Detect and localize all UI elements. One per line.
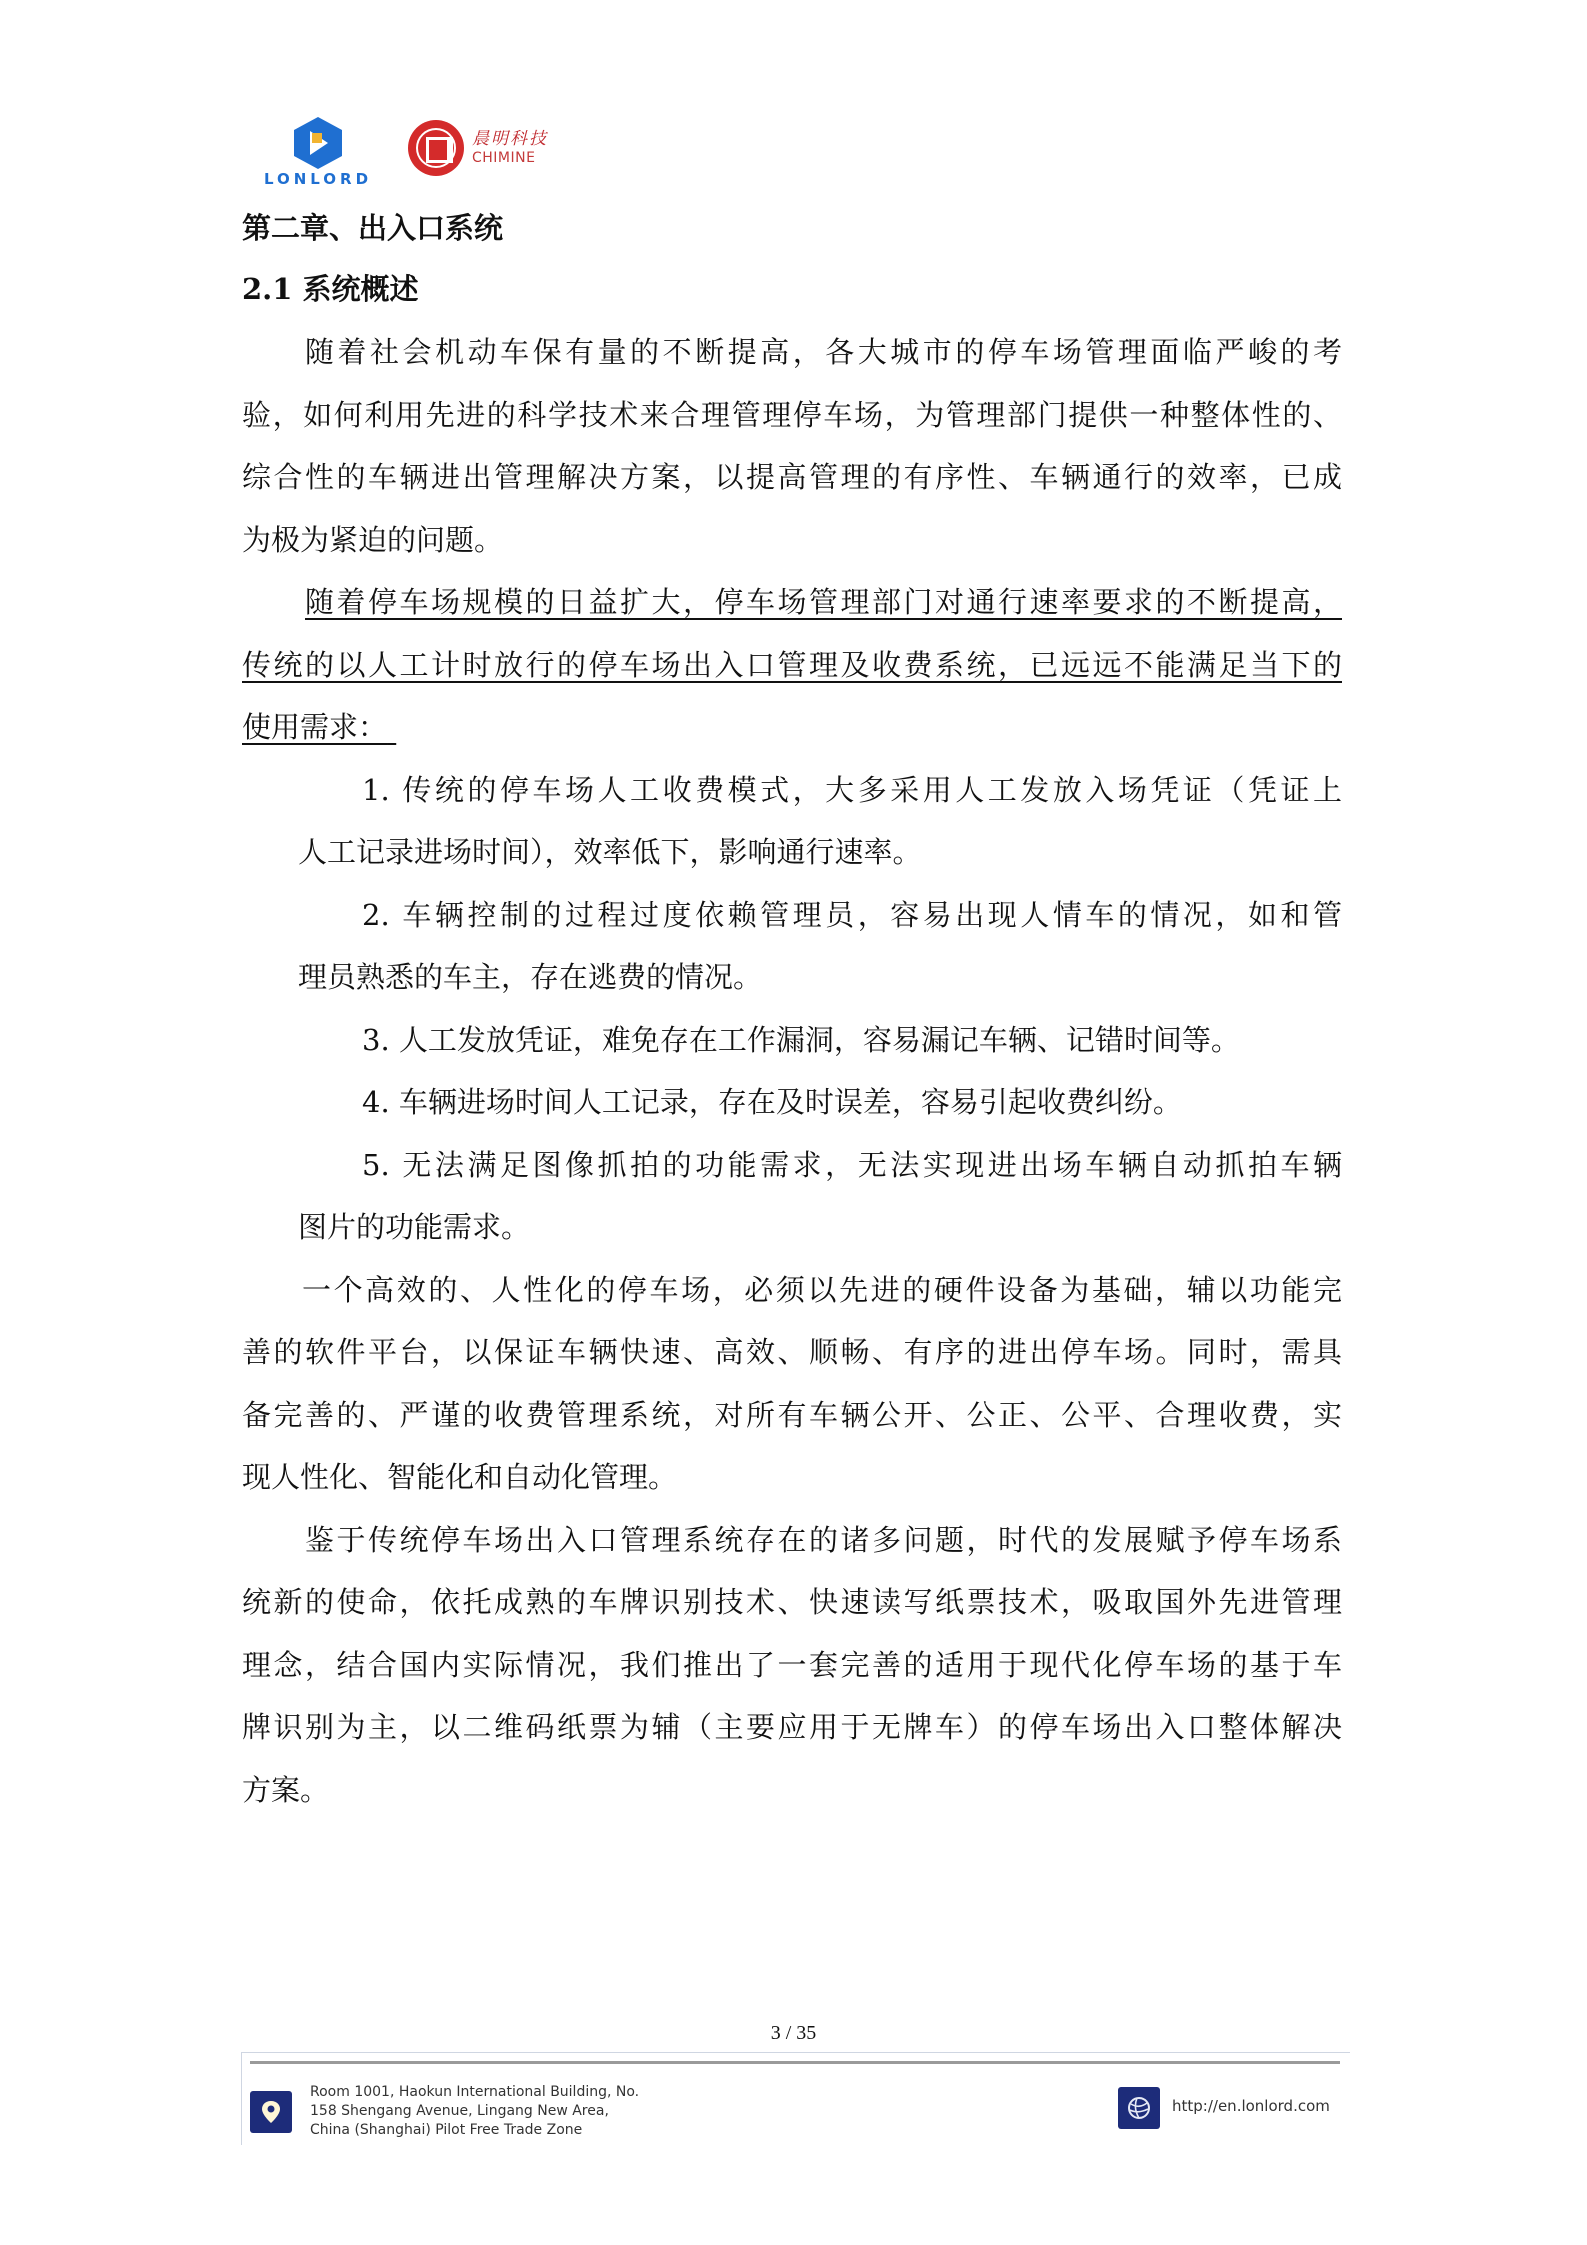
location-pin-icon [250, 2091, 292, 2133]
address-line-1: Room 1001, Haokun International Building… [310, 2083, 639, 2102]
chimine-logo: 晨明科技 CHIMINE [408, 120, 548, 176]
list-item-5-line-2: 图片的功能需求。 [298, 1210, 1342, 1244]
lonlord-hexagon-icon [290, 115, 346, 171]
chimine-en-name: CHIMINE [472, 150, 548, 166]
footer: Room 1001, Haokun International Building… [241, 2052, 1350, 2145]
paragraph-1-line-4: 为极为紧迫的问题。 [242, 523, 1342, 557]
paragraph-3-line-3: 备完善的、严谨的收费管理系统，对所有车辆公开、公正、公平、合理收费，实 [242, 1398, 1342, 1432]
paragraph-2-line-1: 随着停车场规模的日益扩大，停车场管理部门对通行速率要求的不断提高， [305, 585, 1342, 619]
paragraph-3-line-4: 现人性化、智能化和自动化管理。 [242, 1460, 1342, 1494]
paragraph-4-line-4: 牌识别为主，以二维码纸票为辅（主要应用于无牌车）的停车场出入口整体解决 [242, 1710, 1342, 1744]
lonlord-wordmark: LONLORD [248, 170, 388, 188]
list-item-3: 3. 人工发放凭证，难免存在工作漏洞，容易漏记车辆、记错时间等。 [362, 1023, 1342, 1057]
globe-icon [1118, 2087, 1160, 2129]
paragraph-2-line-3: 使用需求： [242, 710, 1342, 744]
list-item-5-line-1: 5. 无法满足图像抓拍的功能需求，无法实现进出场车辆自动抓拍车辆 [362, 1148, 1342, 1182]
chimine-seal-icon [408, 120, 464, 176]
lonlord-logo: LONLORD [248, 113, 388, 191]
footer-address: Room 1001, Haokun International Building… [310, 2083, 639, 2140]
page-number: 3 / 35 [0, 2022, 1587, 2045]
list-item-2-line-2: 理员熟悉的车主，存在逃费的情况。 [298, 960, 1342, 994]
website-link[interactable]: http://en.lonlord.com [1172, 2097, 1330, 2115]
paragraph-4-line-3: 理念，结合国内实际情况，我们推出了一套完善的适用于现代化停车场的基于车 [242, 1648, 1342, 1682]
list-item-1-line-2: 人工记录进场时间），效率低下，影响通行速率。 [298, 835, 1342, 869]
header-logos: LONLORD 晨明科技 CHIMINE [248, 112, 548, 192]
paragraph-3-line-2: 善的软件平台，以保证车辆快速、高效、顺畅、有序的进出停车场。同时，需具 [242, 1335, 1342, 1369]
paragraph-4-line-2: 统新的使命，依托成熟的车牌识别技术、快速读写纸票技术，吸取国外先进管理 [242, 1585, 1342, 1619]
list-item-4: 4. 车辆进场时间人工记录，存在及时误差，容易引起收费纠纷。 [362, 1085, 1342, 1119]
paragraph-4-line-1: 鉴于传统停车场出入口管理系统存在的诸多问题，时代的发展赋予停车场系 [305, 1523, 1342, 1557]
chimine-cn-name: 晨明科技 [472, 130, 548, 150]
section-title: 2.1 系统概述 [242, 272, 1342, 306]
footer-divider [250, 2061, 1340, 2064]
paragraph-2-line-3-text: 使用需求： [242, 710, 387, 744]
paragraph-4-line-5: 方案。 [242, 1773, 1342, 1807]
list-item-2-line-1: 2. 车辆控制的过程过度依赖管理员，容易出现人情车的情况，如和管 [362, 898, 1342, 932]
paragraph-2-line-2: 传统的以人工计时放行的停车场出入口管理及收费系统，已远远不能满足当下的 [242, 648, 1342, 682]
address-line-2: 158 Shengang Avenue, Lingang New Area, [310, 2102, 639, 2121]
paragraph-1-line-1: 随着社会机动车保有量的不断提高，各大城市的停车场管理面临严峻的考 [305, 335, 1342, 369]
list-item-1-line-1: 1. 传统的停车场人工收费模式，大多采用人工发放入场凭证（凭证上 [362, 773, 1342, 807]
paragraph-1-line-3: 综合性的车辆进出管理解决方案，以提高管理的有序性、车辆通行的效率，已成 [242, 460, 1342, 494]
address-line-3: China (Shanghai) Pilot Free Trade Zone [310, 2121, 639, 2140]
paragraph-1-line-2: 验，如何利用先进的科学技术来合理管理停车场，为管理部门提供一种整体性的、 [242, 398, 1342, 432]
chapter-title: 第二章、出入口系统 [242, 211, 1342, 245]
paragraph-3-line-1: 一个高效的、人性化的停车场，必须以先进的硬件设备为基础，辅以功能完 [302, 1273, 1342, 1307]
